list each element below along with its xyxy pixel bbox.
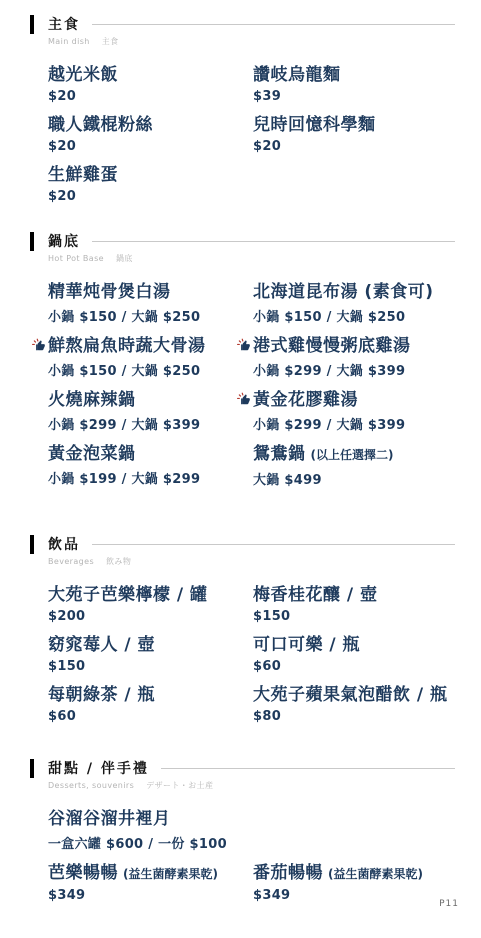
menu-item: 鴛鴦鍋(以上任選擇二)大鍋 $499 (253, 442, 455, 488)
item-price: $20 (48, 139, 253, 154)
section-rule (161, 768, 455, 769)
item-price: $20 (48, 189, 253, 204)
section-subtitle-alt: デザート・お土産 (146, 781, 213, 790)
item-name: 職人鐵棍粉絲 (48, 115, 153, 135)
menu-item: 谷溜谷溜井裡月一盒六罐 $600 / 一份 $100 (48, 807, 455, 852)
item-name: 北海道昆布湯 (素食可) (253, 282, 433, 302)
item-price: $150 (253, 609, 455, 624)
item-price: $349 (253, 888, 455, 903)
section-subtitle-en: Beverages (48, 557, 94, 566)
item-price: $200 (48, 609, 253, 624)
section-header: 鍋底 (30, 231, 455, 251)
item-title-row: 北海道昆布湯 (素食可) (253, 280, 455, 304)
item-title-row: 大苑子芭樂檸檬 / 罐 (48, 583, 253, 607)
item-title-row: 讚岐烏龍麵 (253, 63, 455, 87)
item-name: 可口可樂 / 瓶 (253, 635, 360, 655)
menu-item: 兒時回憶科學麵$20 (253, 113, 455, 154)
item-name: 兒時回憶科學麵 (253, 115, 376, 135)
menu-item: 讚岐烏龍麵$39 (253, 63, 455, 104)
section-subtitle-alt: 飲み物 (106, 557, 131, 566)
item-name: 谷溜谷溜井裡月 (48, 809, 171, 829)
menu-section-hot-pot-base: 鍋底Hot Pot Base鍋底精華炖骨煲白湯小鍋 $150 / 大鍋 $250… (30, 231, 455, 488)
section-subtitle-en: Main dish (48, 37, 90, 46)
item-title-row: 窈窕莓人 / 壺 (48, 633, 253, 657)
section-items: 谷溜谷溜井裡月一盒六罐 $600 / 一份 $100芭樂暢暢(益生菌酵素果乾)$… (30, 807, 455, 903)
item-title-row: 每朝綠茶 / 瓶 (48, 683, 253, 707)
item-title-row: 芭樂暢暢(益生菌酵素果乾) (48, 861, 253, 886)
item-price: 一盒六罐 $600 / 一份 $100 (48, 833, 455, 852)
section-subtitle: Beverages飲み物 (48, 556, 455, 567)
menu-section-desserts-souvenirs: 甜點 / 伴手禮Desserts, souvenirsデザート・お土産谷溜谷溜井… (30, 758, 455, 903)
section-header: 甜點 / 伴手禮 (30, 758, 455, 778)
item-note: (益生菌酵素果乾) (123, 867, 218, 881)
item-title-row: 鴛鴦鍋(以上任選擇二) (253, 442, 455, 467)
menu-item: 大苑子芭樂檸檬 / 罐$200 (48, 583, 253, 624)
menu-section-beverages: 飲品Beverages飲み物大苑子芭樂檸檬 / 罐$200梅香桂花釀 / 壺$1… (30, 534, 455, 724)
thumbs-up-icon (237, 392, 251, 406)
menu-item: 精華炖骨煲白湯小鍋 $150 / 大鍋 $250 (48, 280, 253, 325)
section-title: 飲品 (48, 534, 80, 554)
thumbs-up-icon (237, 338, 251, 352)
item-name: 鴛鴦鍋 (253, 444, 306, 464)
item-title-row: 谷溜谷溜井裡月 (48, 807, 455, 831)
item-price: $39 (253, 89, 455, 104)
item-price: $20 (48, 89, 253, 104)
menu-item: 黃金泡菜鍋小鍋 $199 / 大鍋 $299 (48, 442, 253, 488)
item-title-row: 大苑子蘋果氣泡醋飲 / 瓶 (253, 683, 455, 707)
page-number: P11 (439, 899, 459, 909)
item-title-row: 鮮熬扁魚時蔬大骨湯 (48, 334, 253, 358)
item-price: $60 (253, 659, 455, 674)
item-name: 生鮮雞蛋 (48, 165, 118, 185)
item-name: 港式雞慢慢粥底雞湯 (253, 336, 411, 356)
menu-item: 可口可樂 / 瓶$60 (253, 633, 455, 674)
item-title-row: 黃金花膠雞湯 (253, 388, 455, 412)
item-price: 小鍋 $299 / 大鍋 $399 (48, 414, 253, 433)
section-subtitle-alt: 鍋底 (116, 254, 133, 263)
menu-item: 港式雞慢慢粥底雞湯小鍋 $299 / 大鍋 $399 (253, 334, 455, 379)
menu-item: 窈窕莓人 / 壺$150 (48, 633, 253, 674)
thumbs-up-icon (32, 338, 46, 352)
item-note: (益生菌酵素果乾) (328, 867, 423, 881)
section-marker (30, 15, 34, 34)
item-note: (以上任選擇二) (311, 448, 394, 462)
item-title-row: 可口可樂 / 瓶 (253, 633, 455, 657)
section-subtitle-alt: 主食 (102, 37, 119, 46)
item-title-row: 黃金泡菜鍋 (48, 442, 253, 466)
menu-item: 番茄暢暢(益生菌酵素果乾)$349 (253, 861, 455, 903)
section-marker (30, 535, 34, 554)
item-title-row: 港式雞慢慢粥底雞湯 (253, 334, 455, 358)
item-name: 鮮熬扁魚時蔬大骨湯 (48, 336, 206, 356)
menu-item: 生鮮雞蛋$20 (48, 163, 253, 204)
menu-item: 梅香桂花釀 / 壺$150 (253, 583, 455, 624)
section-marker (30, 232, 34, 251)
item-price: 小鍋 $299 / 大鍋 $399 (253, 414, 455, 433)
section-items: 大苑子芭樂檸檬 / 罐$200梅香桂花釀 / 壺$150窈窕莓人 / 壺$150… (30, 583, 455, 724)
section-title: 甜點 / 伴手禮 (48, 758, 149, 778)
item-name: 火燒麻辣鍋 (48, 390, 136, 410)
item-name: 精華炖骨煲白湯 (48, 282, 171, 302)
item-price: $349 (48, 888, 253, 903)
item-price: $20 (253, 139, 455, 154)
section-title: 鍋底 (48, 231, 80, 251)
menu-item: 職人鐵棍粉絲$20 (48, 113, 253, 154)
menu-item: 北海道昆布湯 (素食可)小鍋 $150 / 大鍋 $250 (253, 280, 455, 325)
item-name: 番茄暢暢 (253, 863, 323, 883)
section-marker (30, 759, 34, 778)
menu-item: 大苑子蘋果氣泡醋飲 / 瓶$80 (253, 683, 455, 724)
item-title-row: 越光米飯 (48, 63, 253, 87)
item-price: 小鍋 $299 / 大鍋 $399 (253, 360, 455, 379)
item-name: 讚岐烏龍麵 (253, 65, 341, 85)
item-name: 大苑子芭樂檸檬 / 罐 (48, 585, 208, 605)
section-subtitle-en: Hot Pot Base (48, 254, 104, 263)
menu-section-main-dish: 主食Main dish主食越光米飯$20讚岐烏龍麵$39職人鐵棍粉絲$20兒時回… (30, 14, 455, 204)
section-rule (92, 24, 455, 25)
section-rule (92, 241, 455, 242)
item-price: $80 (253, 709, 455, 724)
item-name: 芭樂暢暢 (48, 863, 118, 883)
menu-item: 每朝綠茶 / 瓶$60 (48, 683, 253, 724)
item-price: 小鍋 $150 / 大鍋 $250 (48, 306, 253, 325)
item-title-row: 兒時回憶科學麵 (253, 113, 455, 137)
item-price: 大鍋 $499 (253, 469, 455, 488)
item-price: 小鍋 $150 / 大鍋 $250 (253, 306, 455, 325)
item-title-row: 生鮮雞蛋 (48, 163, 253, 187)
section-subtitle: Main dish主食 (48, 36, 455, 47)
item-title-row: 職人鐵棍粉絲 (48, 113, 253, 137)
item-price: $150 (48, 659, 253, 674)
item-title-row: 精華炖骨煲白湯 (48, 280, 253, 304)
section-title: 主食 (48, 14, 80, 34)
section-items: 越光米飯$20讚岐烏龍麵$39職人鐵棍粉絲$20兒時回憶科學麵$20生鮮雞蛋$2… (30, 63, 455, 204)
section-subtitle: Desserts, souvenirsデザート・お土産 (48, 780, 455, 791)
menu-item: 越光米飯$20 (48, 63, 253, 104)
section-header: 飲品 (30, 534, 455, 554)
item-name: 黃金泡菜鍋 (48, 444, 136, 464)
item-title-row: 火燒麻辣鍋 (48, 388, 253, 412)
item-title-row: 梅香桂花釀 / 壺 (253, 583, 455, 607)
item-name: 大苑子蘋果氣泡醋飲 / 瓶 (253, 685, 448, 705)
section-header: 主食 (30, 14, 455, 34)
item-price: 小鍋 $199 / 大鍋 $299 (48, 468, 253, 487)
item-price: $60 (48, 709, 253, 724)
item-name: 窈窕莓人 / 壺 (48, 635, 155, 655)
section-items: 精華炖骨煲白湯小鍋 $150 / 大鍋 $250北海道昆布湯 (素食可)小鍋 $… (30, 280, 455, 488)
item-name: 越光米飯 (48, 65, 118, 85)
item-title-row: 番茄暢暢(益生菌酵素果乾) (253, 861, 455, 886)
menu-page: 主食Main dish主食越光米飯$20讚岐烏龍麵$39職人鐵棍粉絲$20兒時回… (0, 0, 481, 903)
menu-item: 鮮熬扁魚時蔬大骨湯小鍋 $150 / 大鍋 $250 (48, 334, 253, 379)
section-subtitle-en: Desserts, souvenirs (48, 781, 134, 790)
item-name: 梅香桂花釀 / 壺 (253, 585, 378, 605)
menu-item: 黃金花膠雞湯小鍋 $299 / 大鍋 $399 (253, 388, 455, 433)
menu-item: 芭樂暢暢(益生菌酵素果乾)$349 (48, 861, 253, 903)
section-rule (92, 544, 455, 545)
item-name: 每朝綠茶 / 瓶 (48, 685, 155, 705)
item-price: 小鍋 $150 / 大鍋 $250 (48, 360, 253, 379)
menu-item: 火燒麻辣鍋小鍋 $299 / 大鍋 $399 (48, 388, 253, 433)
section-subtitle: Hot Pot Base鍋底 (48, 253, 455, 264)
item-name: 黃金花膠雞湯 (253, 390, 358, 410)
